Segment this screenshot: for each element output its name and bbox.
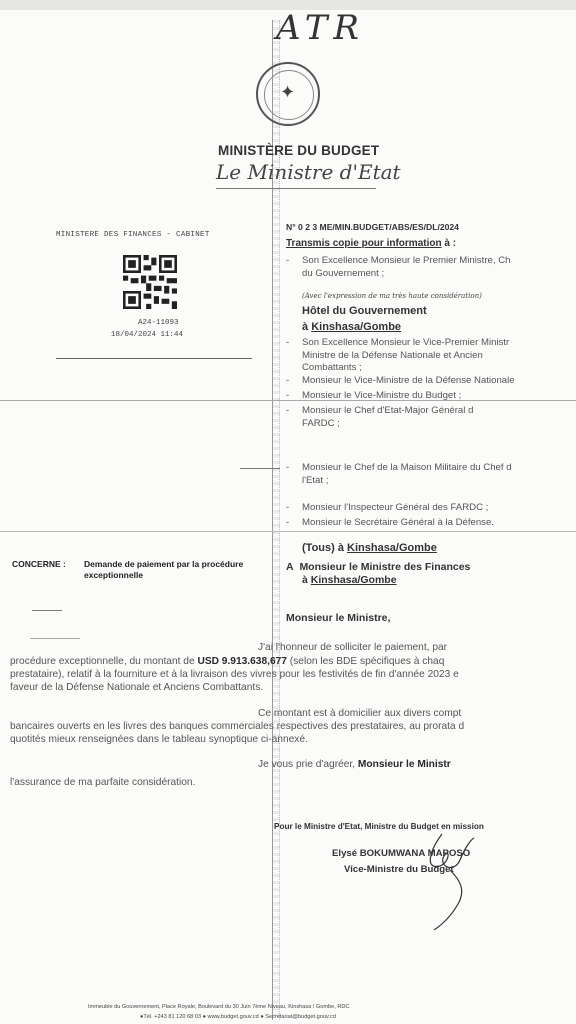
addressee-letter: A	[286, 561, 294, 573]
recipient-item: - Monsieur le Vice-Ministre de la Défens…	[286, 375, 576, 388]
paragraph-1-line-4: faveur de la Défense Nationale et Ancien…	[10, 681, 576, 694]
addressee: A Monsieur le Ministre des Finances	[286, 561, 470, 573]
transmission-heading: Transmis copie pour information à :	[286, 238, 456, 249]
scan-artifact-line	[0, 531, 576, 532]
reference-number: N° 0 2 3 ME/MIN.BUDGET/ABS/ES/DL/2024	[286, 222, 459, 232]
recipient-location: Hôtel du Gouvernement	[302, 305, 427, 317]
qr-code-icon	[123, 255, 177, 309]
addressee-city: à Kinshasa/Gombe	[302, 574, 397, 586]
paragraph-1-line-2: procédure exceptionnelle, du montant de …	[10, 655, 576, 668]
transmission-heading-suffix: à :	[442, 238, 456, 249]
subject-text: Demande de paiement par la procédure exc…	[84, 559, 264, 581]
ministry-title: MINISTÈRE DU BUDGET	[218, 143, 379, 158]
text-run: (selon les BDE spécifiques à chaq	[287, 656, 444, 667]
city-prefix: à	[302, 321, 311, 333]
city-name: Kinshasa/Gombe	[311, 321, 401, 333]
addressee-name: Monsieur le Ministre des Finances	[299, 561, 470, 573]
scanned-letter-page: ATR ✦ MINISTÈRE DU BUDGET Le Ministre d'…	[0, 0, 576, 1024]
recipient-item: - Monsieur l'Inspecteur Général des FARD…	[286, 502, 576, 515]
recipient-line: Son Excellence Monsieur le Vice-Premier …	[286, 337, 576, 350]
margin-mark	[30, 638, 80, 639]
leopard-emblem-icon: ✦	[280, 82, 295, 103]
paragraph-1-line-3: prestataire), relatif à la fourniture et…	[10, 668, 576, 681]
handwritten-annotation: ATR	[276, 8, 365, 48]
recipient-item: - Monsieur le Secrétaire Général à la Dé…	[286, 517, 576, 530]
footer-contacts: ●Tél. +243 81 120 68 03 ● www.budget.gou…	[140, 1014, 336, 1020]
scan-artifact-line	[240, 468, 280, 469]
recipient-line: Monsieur le Secrétaire Général à la Défe…	[286, 517, 576, 530]
recipient-line: FARDC ;	[286, 418, 576, 431]
all-recipients-city: (Tous) à Kinshasa/Gombe	[302, 542, 437, 554]
paragraph-2-line-1: Ce montant est à domicilier aux divers c…	[258, 707, 576, 720]
subject-label: CONCERNE :	[12, 559, 66, 569]
paragraph-3-line-2: l'assurance de ma parfaite considération…	[10, 776, 576, 789]
margin-mark	[32, 610, 62, 611]
header-divider	[216, 188, 376, 189]
recipient-line: Monsieur le Vice-Ministre de la Défense …	[286, 375, 576, 388]
paragraph-2-line-3: quotités mieux renseignées dans le table…	[10, 733, 576, 746]
paragraph-3-line-1: Je vous prie d'agréer, Monsieur le Minis…	[258, 758, 576, 771]
recipient-note: (Avec l'expression de ma très haute cons…	[302, 292, 482, 300]
recipient-line: Ministre de la Défense Nationale et Anci…	[286, 350, 576, 363]
recipient-item: - Son Excellence Monsieur le Premier Min…	[286, 255, 576, 280]
recipient-line: du Gouvernement ;	[286, 268, 576, 281]
payment-amount: USD 9.913.638,677	[197, 656, 287, 667]
stamp-registration-number: A24-11093	[138, 319, 179, 327]
transmission-heading-text: Transmis copie pour information	[286, 238, 442, 249]
recipient-line: Son Excellence Monsieur le Premier Minis…	[286, 255, 576, 268]
text-run: Je vous prie d'agréer,	[258, 759, 358, 770]
recipient-item: - Monsieur le Chef d'Etat-Major Général …	[286, 405, 576, 430]
all-prefix: (Tous) à	[302, 542, 347, 554]
handwritten-signature-icon	[420, 830, 480, 930]
recipient-item: - Monsieur le Chef de la Maison Militair…	[286, 462, 576, 487]
recipient-line: Combattants ;	[286, 362, 576, 375]
text-run-bold: Monsieur le Ministr	[358, 759, 451, 770]
recipient-line: Monsieur le Chef d'Etat-Major Général d	[286, 405, 576, 418]
scan-artifact-line	[0, 400, 576, 401]
text-run: procédure exceptionnelle, du montant de	[10, 656, 197, 667]
recipient-line: l'Etat ;	[286, 475, 576, 488]
city-prefix: à	[302, 574, 311, 586]
paragraph-2-line-2: bancaires ouverts en les livres des banq…	[10, 720, 576, 733]
recipient-item: - Son Excellence Monsieur le Vice-Premie…	[286, 337, 576, 375]
salutation: Monsieur le Ministre,	[286, 612, 390, 624]
stamp-datetime: 18/04/2024 11:44	[111, 331, 183, 339]
footer-address: Immeuble du Gouvernement, Place Royale, …	[88, 1004, 350, 1010]
government-seal-icon: ✦	[256, 62, 320, 126]
recipient-city: à Kinshasa/Gombe	[302, 321, 401, 333]
paragraph-1-line-1: J'ai l'honneur de solliciter le paiement…	[258, 641, 576, 654]
stamp-underline	[56, 358, 252, 359]
ministry-office: Le Ministre d'Etat	[216, 160, 401, 184]
city-name: Kinshasa/Gombe	[347, 542, 437, 554]
recipient-line: Monsieur l'Inspecteur Général des FARDC …	[286, 502, 576, 515]
recipient-line: Monsieur le Chef de la Maison Militaire …	[286, 462, 576, 475]
city-name: Kinshasa/Gombe	[311, 574, 397, 586]
stamp-title: MINISTERE DES FINANCES - CABINET	[56, 231, 210, 239]
